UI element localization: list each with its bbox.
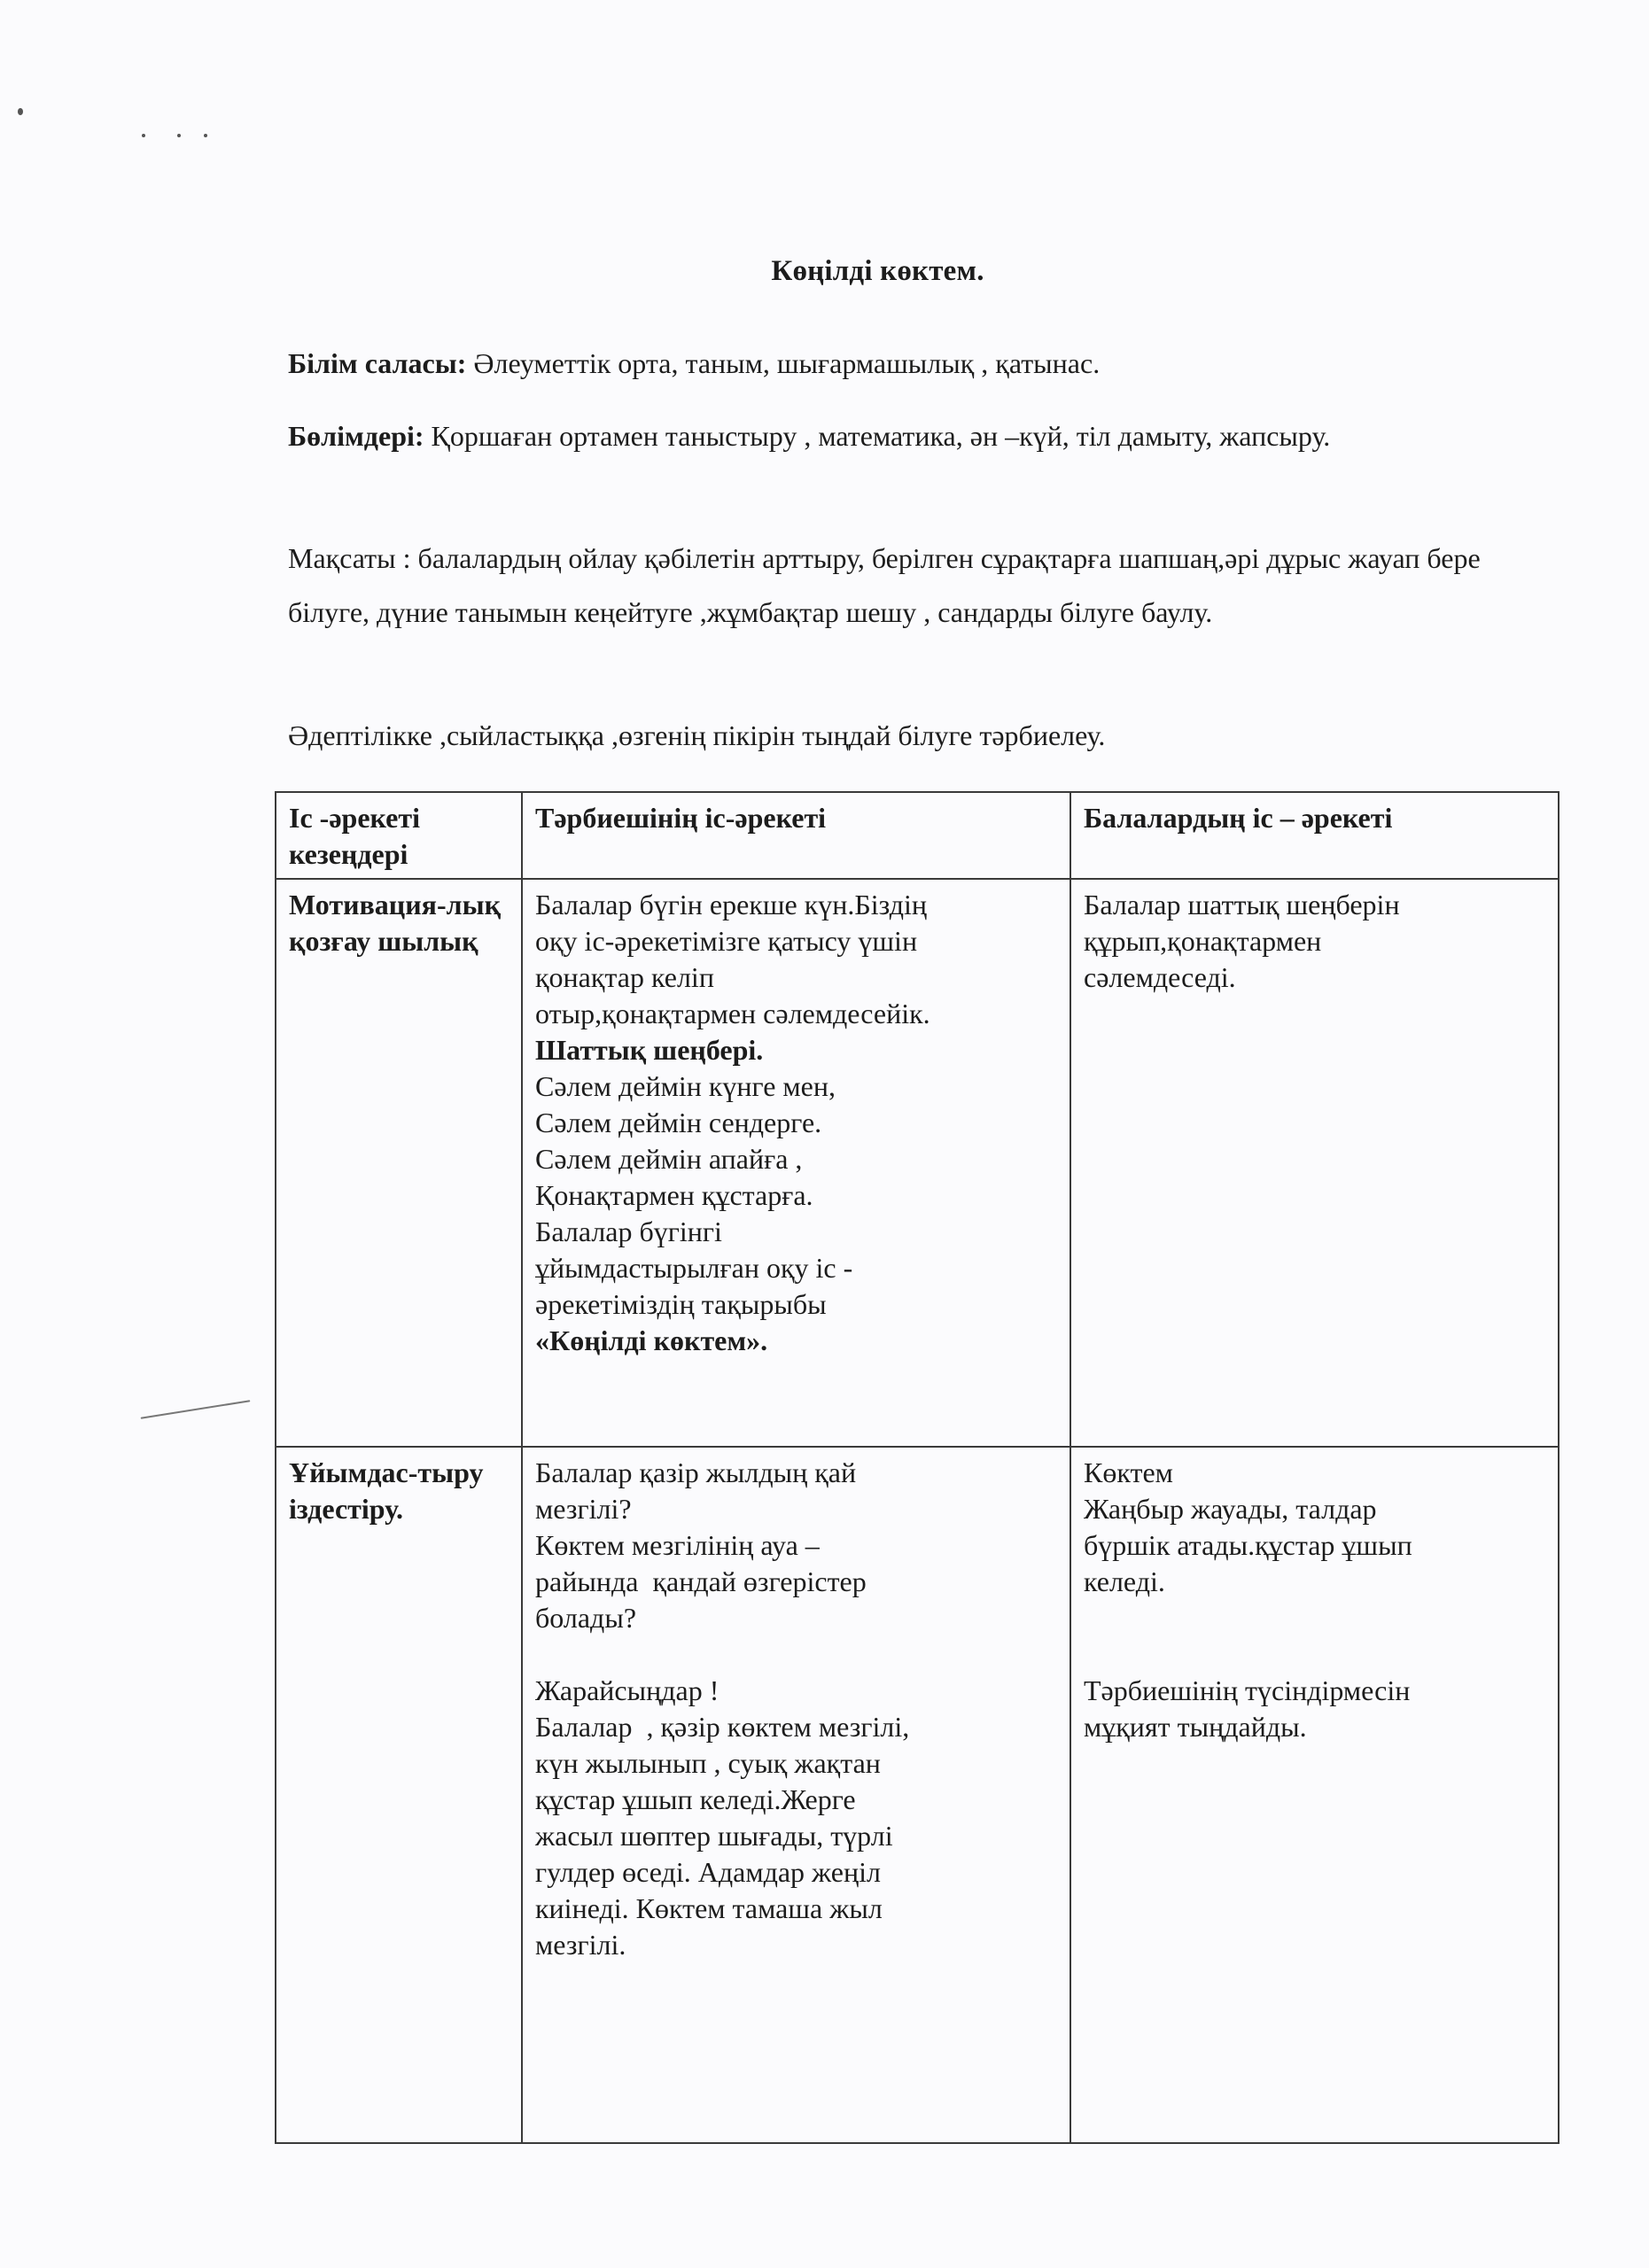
education-field-text: Әлеуметтік орта, таным, шығармашылық , қ…: [466, 347, 1100, 379]
teacher-cell: Балалар қазір жылдың қай мезгілі? Көктем…: [522, 1447, 1070, 2143]
spacer: [1084, 1636, 1545, 1673]
document-page: Көңілді көктем. Білім саласы: Әлеуметтік…: [0, 0, 1649, 2268]
listening-line: мұқият тыңдайды.: [1084, 1709, 1545, 1745]
teacher-line: отыр,қонақтармен сәлемдесейік.: [535, 996, 1057, 1032]
spacer: [535, 1636, 1057, 1673]
answer-line: келеді.: [1084, 1564, 1545, 1600]
teacher-line: әрекетіміздің тақырыбы: [535, 1286, 1057, 1323]
sections-text: Қоршаған ортамен таныстыру , математика,…: [424, 420, 1331, 452]
teacher-line: Балалар бүгінгі: [535, 1214, 1057, 1250]
stage-cell: Мотивация-лық қозғау шылық: [276, 879, 522, 1447]
stage-cell: Ұйымдас-тыру іздестіру.: [276, 1447, 522, 2143]
explanation-line: жасыл шөптер шығады, түрлі: [535, 1818, 1057, 1854]
upbringing-paragraph: Әдептілікке ,сыйластыққа ,өзгенің пікірі…: [288, 709, 1555, 763]
scan-speck: [204, 134, 207, 137]
poem-line: Сәлем деймін күнге мен,: [535, 1068, 1057, 1105]
teacher-line: оқу іс-әрекетімізге қатысу үшін: [535, 923, 1057, 959]
scan-speck: [142, 134, 145, 137]
children-cell: Балалар шаттық шеңберін құрып,қонақтарме…: [1070, 879, 1559, 1447]
explanation-line: құстар ұшып келеді.Жерге: [535, 1782, 1057, 1818]
teacher-line: Балалар бүгін ерекше күн.Біздің: [535, 887, 1057, 923]
lesson-plan-table: Іс -әрекеті кезеңдері Тәрбиешінің іс-әре…: [275, 791, 1560, 2144]
children-line: сәлемдеседі.: [1084, 959, 1545, 996]
praise-line: Жарайсыңдар !: [535, 1673, 1057, 1709]
question-line: мезгілі?: [535, 1491, 1057, 1527]
table-row: Ұйымдас-тыру іздестіру. Балалар қазір жы…: [276, 1447, 1559, 2143]
answer-line: Көктем: [1084, 1455, 1545, 1491]
header-teacher: Тәрбиешінің іс-әрекеті: [522, 792, 1070, 879]
header-children: Балалардың іс – әрекеті: [1070, 792, 1559, 879]
children-line: құрып,қонақтармен: [1084, 923, 1545, 959]
teacher-line: ұйымдастырылған оқу іс -: [535, 1250, 1057, 1286]
stage-label: Ұйымдас-тыру іздестіру.: [289, 1456, 483, 1525]
question-line: болады?: [535, 1600, 1057, 1636]
answer-line: бүршік атады.құстар ұшып: [1084, 1527, 1545, 1564]
teacher-line: қонақтар келіп: [535, 959, 1057, 996]
poem-line: Қонақтармен құстарға.: [535, 1177, 1057, 1214]
stage-label: Мотивация-лық қозғау шылық: [289, 889, 501, 957]
sections-label: Бөлімдері:: [288, 420, 424, 452]
explanation-line: күн жылынып , суық жақтан: [535, 1745, 1057, 1782]
poem-line: Сәлем деймін апайға ,: [535, 1141, 1057, 1177]
explanation-line: гулдер өседі. Адамдар жеңіл: [535, 1854, 1057, 1891]
document-title: Көңілді көктем.: [53, 255, 1649, 288]
question-line: Көктем мезгілінің ауа –: [535, 1527, 1057, 1564]
question-line: райында қандай өзгерістер: [535, 1564, 1057, 1600]
scan-line-mark: [141, 1400, 251, 1419]
goal-paragraph: Мақсаты : балалардың ойлау қәбілетін арт…: [288, 532, 1555, 640]
explanation-line: Балалар , қәзір көктем мезгілі,: [535, 1709, 1057, 1745]
header-stage: Іс -әрекеті кезеңдері: [276, 792, 522, 879]
spacer: [1084, 1600, 1545, 1636]
table-row: Мотивация-лық қозғау шылық Балалар бүгін…: [276, 879, 1559, 1447]
scan-speck: [177, 134, 181, 137]
answer-line: Жаңбыр жауады, талдар: [1084, 1491, 1545, 1527]
question-line: Балалар қазір жылдың қай: [535, 1455, 1057, 1491]
poem-line: Сәлем деймін сендерге.: [535, 1105, 1057, 1141]
lesson-topic: «Көңілді көктем».: [535, 1323, 1057, 1359]
listening-line: Тәрбиешінің түсіндірмесін: [1084, 1673, 1545, 1709]
sections-paragraph: Бөлімдері: Қоршаған ортамен таныстыру , …: [288, 409, 1555, 463]
goal-label: Мақсаты: [288, 542, 396, 574]
goal-text: : балалардың ойлау қәбілетін арттыру, бе…: [288, 542, 1481, 628]
teacher-cell: Балалар бүгін ерекше күн.Біздің оқу іс-ә…: [522, 879, 1070, 1447]
explanation-line: мезгілі.: [535, 1927, 1057, 1963]
table-header-row: Іс -әрекеті кезеңдері Тәрбиешінің іс-әре…: [276, 792, 1559, 879]
education-field-label: Білім саласы:: [288, 347, 466, 379]
education-field-paragraph: Білім саласы: Әлеуметтік орта, таным, шы…: [288, 337, 1555, 391]
explanation-line: киінеді. Көктем тамаша жыл: [535, 1891, 1057, 1927]
scan-speck: [18, 108, 23, 115]
children-cell: Көктем Жаңбыр жауады, талдар бүршік атад…: [1070, 1447, 1559, 2143]
activity-heading: Шаттық шеңбері.: [535, 1032, 1057, 1068]
children-line: Балалар шаттық шеңберін: [1084, 887, 1545, 923]
